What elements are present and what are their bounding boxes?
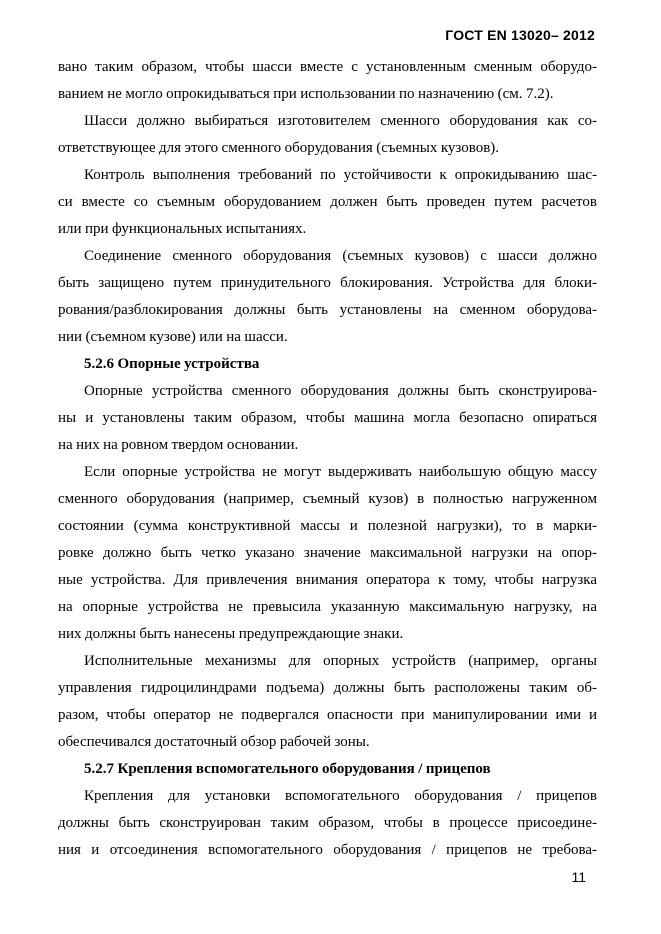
text-line: них должны быть нанесены предупреждающие… bbox=[58, 621, 597, 648]
text-line: Соединение сменного оборудования (съемны… bbox=[58, 243, 597, 270]
text-line: должны быть сконструирован таким образом… bbox=[58, 810, 597, 837]
text-line: ровке должно быть четко указано значение… bbox=[58, 540, 597, 567]
text-line: ны и установлены таким образом, чтобы ма… bbox=[58, 405, 597, 432]
paragraph: Шасси должно выбираться изготовителем см… bbox=[58, 108, 597, 162]
text-line: ванием не могло опрокидываться при испол… bbox=[58, 81, 597, 108]
paragraph: Соединение сменного оборудования (съемны… bbox=[58, 243, 597, 351]
text-line: быть защищено путем принудительного блок… bbox=[58, 270, 597, 297]
document-page: ГОСТ EN 13020– 2012 вано таким образом, … bbox=[0, 0, 661, 934]
text-line: ответствующее для этого сменного оборудо… bbox=[58, 135, 597, 162]
paragraph: Крепления для установки вспомогательного… bbox=[58, 783, 597, 864]
document-body: вано таким образом, чтобы шасси вместе с… bbox=[58, 54, 597, 891]
paragraph: Контроль выполнения требований по устойч… bbox=[58, 162, 597, 243]
text-line: нии (съемном кузове) или на шасси. bbox=[58, 324, 597, 351]
text-line: 5.2.7 Крепления вспомогательного оборудо… bbox=[58, 756, 597, 783]
text-line: обеспечивался достаточный обзор рабочей … bbox=[58, 729, 597, 756]
text-line: состоянии (сумма конструктивной массы и … bbox=[58, 513, 597, 540]
text-line: 5.2.6 Опорные устройства bbox=[58, 351, 597, 378]
text-line: Если опорные устройства не могут выдержи… bbox=[58, 459, 597, 486]
text-line: рования/разблокирования должны быть уста… bbox=[58, 297, 597, 324]
standard-code: ГОСТ EN 13020– 2012 bbox=[445, 27, 595, 43]
text-line: Исполнительные механизмы для опорных уст… bbox=[58, 648, 597, 675]
text-line: разом, чтобы оператор не подвергался опа… bbox=[58, 702, 597, 729]
paragraph: Исполнительные механизмы для опорных уст… bbox=[58, 648, 597, 756]
text-line: сменного оборудования (например, съемный… bbox=[58, 486, 597, 513]
text-line: управления гидроцилиндрами подъема) долж… bbox=[58, 675, 597, 702]
section-heading: 5.2.7 Крепления вспомогательного оборудо… bbox=[58, 756, 597, 783]
section-heading: 5.2.6 Опорные устройства bbox=[58, 351, 597, 378]
paragraph: Если опорные устройства не могут выдержи… bbox=[58, 459, 597, 648]
paragraph: Опорные устройства сменного оборудования… bbox=[58, 378, 597, 459]
text-line: вано таким образом, чтобы шасси вместе с… bbox=[58, 54, 597, 81]
page-footer: 11 bbox=[58, 864, 597, 891]
text-line: Контроль выполнения требований по устойч… bbox=[58, 162, 597, 189]
text-line: ния и отсоединения вспомогательного обор… bbox=[58, 837, 597, 864]
paragraph: вано таким образом, чтобы шасси вместе с… bbox=[58, 54, 597, 108]
text-line: ные устройства. Для привлечения внимания… bbox=[58, 567, 597, 594]
text-line: си вместе со съемным оборудованием долже… bbox=[58, 189, 597, 216]
text-blocks: вано таким образом, чтобы шасси вместе с… bbox=[58, 54, 597, 864]
text-line: Опорные устройства сменного оборудования… bbox=[58, 378, 597, 405]
text-line: Крепления для установки вспомогательного… bbox=[58, 783, 597, 810]
page-header: ГОСТ EN 13020– 2012 bbox=[445, 27, 595, 43]
text-line: на опорные устройства не превысила указа… bbox=[58, 594, 597, 621]
text-line: Шасси должно выбираться изготовителем см… bbox=[58, 108, 597, 135]
page-number: 11 bbox=[571, 869, 586, 885]
text-line: или при функциональных испытаниях. bbox=[58, 216, 597, 243]
text-line: на них на ровном твердом основании. bbox=[58, 432, 597, 459]
